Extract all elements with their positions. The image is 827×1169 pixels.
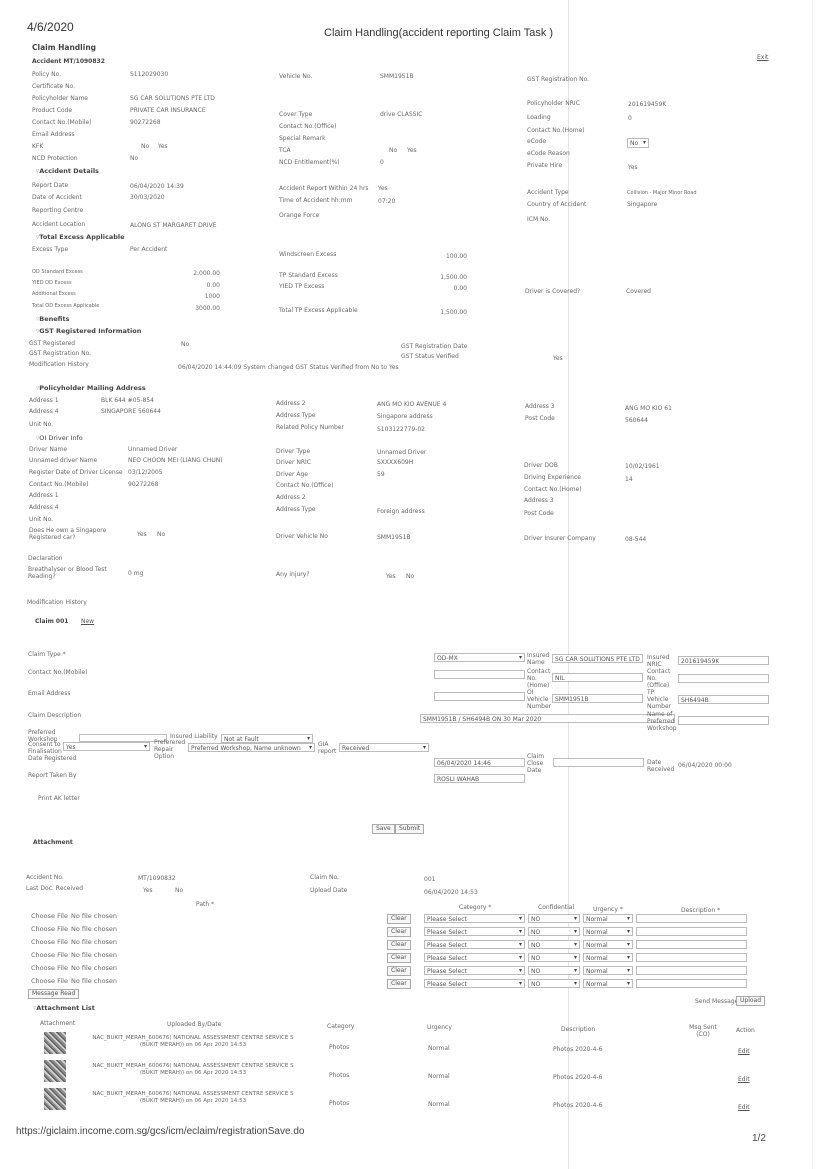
gst-reg-date-label: GST Registration Date xyxy=(401,343,467,350)
app-title: Claim Handling xyxy=(32,43,96,52)
date-registered-label: Date Registered xyxy=(28,755,76,762)
last-doc-yes-radio[interactable]: Yes xyxy=(143,887,153,894)
icm-label: ICM No. xyxy=(527,216,550,223)
driver-vehicle: SMM1951B xyxy=(377,534,411,541)
row-category: Photos xyxy=(329,1072,349,1079)
choose-file-button[interactable]: Choose File xyxy=(31,912,68,920)
consent-label: Consent to Finalisation xyxy=(28,741,68,755)
urgency-select[interactable]: Normal xyxy=(583,979,633,988)
row-category: Photos xyxy=(329,1044,349,1051)
accident-type-label: Accident Type xyxy=(527,189,569,196)
col-urgency: Urgency xyxy=(427,1024,452,1031)
tca-yes-radio[interactable]: Yes xyxy=(407,147,417,154)
excess-type-label: Excess Type xyxy=(32,246,68,253)
print-letter-link[interactable]: Print AK letter xyxy=(38,795,80,802)
cover-type: drive CLASSIC xyxy=(380,111,422,118)
ecode-label: eCode xyxy=(527,138,546,145)
unnamed-driver: NEO CHOON MEI (LIANG CHUN) xyxy=(128,457,223,464)
mail-address-type-label: Address Type xyxy=(276,412,316,419)
orange-force-label: Orange Force xyxy=(279,212,319,219)
ncd-entitlement: 0 xyxy=(380,159,384,166)
clear-button[interactable]: Clear xyxy=(387,914,411,924)
col-msg-sent: Msg Sent (CO) xyxy=(688,1024,718,1038)
contact-mobile: 90272268 xyxy=(130,119,161,126)
product-code-label: Product Code xyxy=(32,107,72,114)
description-input[interactable] xyxy=(636,979,747,988)
driver-address3-label: Address 3 xyxy=(524,497,554,504)
attachment-thumbnail[interactable] xyxy=(44,1060,66,1082)
consent-select[interactable]: Yes xyxy=(63,742,150,751)
choose-file-button[interactable]: Choose File xyxy=(31,925,68,933)
driver-unit-label: Unit No. xyxy=(29,516,53,523)
description-input[interactable] xyxy=(636,953,747,962)
gia-label: GIA report xyxy=(318,741,336,755)
urgency-select[interactable]: Normal xyxy=(583,927,633,936)
tca-no-radio[interactable]: No xyxy=(389,147,397,154)
row-description: Photos 2020-4-6 xyxy=(553,1074,602,1081)
clear-button[interactable]: Clear xyxy=(387,940,411,950)
message-read-button[interactable]: Message Read xyxy=(28,989,79,999)
own-car-yes-radio[interactable]: Yes xyxy=(137,531,147,538)
yied-tp-label: YIED TP Excess xyxy=(279,283,324,290)
windscreen-label: Windscreen Excess xyxy=(279,251,336,258)
special-remark-label: Special Remark xyxy=(279,135,326,142)
upload-button[interactable]: Upload xyxy=(736,996,765,1006)
reporting-centre-label: Reporting Centre xyxy=(32,207,83,214)
total-tp: 1,500.00 xyxy=(432,309,467,316)
accident-date-label: Date of Accident xyxy=(32,194,82,201)
confidential-select[interactable]: NO xyxy=(528,927,580,936)
driver-address1-label: Address 1 xyxy=(29,492,59,499)
liability-select[interactable]: Not at Fault xyxy=(221,734,313,743)
claim-type-label: Claim Type * xyxy=(28,651,66,658)
tab-claim-001[interactable]: Claim 001 xyxy=(35,618,68,625)
claim-contact-mobile-label: Contact No.(Mobile) xyxy=(28,669,88,676)
upload-date: 06/04/2020 14:53 xyxy=(424,889,478,896)
mail-post-code: 560644 xyxy=(625,417,648,424)
country-label: Country of Accident xyxy=(527,201,586,208)
mail-address-type: Singapore address xyxy=(377,413,433,420)
benefits-section[interactable]: Benefits xyxy=(36,315,69,323)
ncd-protection-label: NCD Protection xyxy=(32,155,78,162)
edit-link[interactable]: Edit xyxy=(738,1104,750,1111)
oi-vehicle-input[interactable]: SMM1951B xyxy=(552,694,643,703)
send-message-label: Send Message xyxy=(695,998,738,1005)
policy-no-label: Policy No. xyxy=(32,71,61,78)
gst-status-verified: Yes xyxy=(553,355,563,362)
windscreen: 100.00 xyxy=(432,253,467,260)
row-urgency: Normal xyxy=(428,1073,450,1080)
loading: 0 xyxy=(628,115,632,122)
own-car-no-radio[interactable]: No xyxy=(157,531,165,538)
confidential-select[interactable]: NO xyxy=(528,914,580,923)
yied-od-label: YIED OD Excess xyxy=(32,280,72,286)
ncd-protection: No xyxy=(130,155,138,162)
clear-button[interactable]: Clear xyxy=(387,979,411,989)
additional: 1000 xyxy=(190,293,220,300)
accident-no: MT/1090832 xyxy=(138,875,176,882)
choose-file-button[interactable]: Choose File xyxy=(31,964,68,972)
within24-label: Accident Report Within 24 hrs xyxy=(279,185,369,192)
experience: 14 xyxy=(625,476,633,483)
driver-dob: 10/02/1961 xyxy=(625,463,660,470)
attachment-thumbnail[interactable] xyxy=(44,1032,66,1054)
holder-nric: 201619459K xyxy=(628,101,666,108)
mail-post-code-label: Post Code xyxy=(525,415,555,422)
excess-section[interactable]: Total Excess Applicable xyxy=(36,233,125,241)
category-select[interactable]: Please Select xyxy=(424,953,525,962)
declaration-label: Declaration xyxy=(28,555,63,562)
driver-covered: Covered xyxy=(626,288,651,295)
urgency-select[interactable]: Normal xyxy=(583,966,633,975)
file-status: No file chosen xyxy=(71,951,117,959)
file-status: No file chosen xyxy=(71,964,117,972)
driver-address4-label: Address 4 xyxy=(29,504,59,511)
driver-name-label: Driver Name xyxy=(29,446,67,453)
file-status: No file chosen xyxy=(71,925,117,933)
file-status: No file chosen xyxy=(71,977,117,985)
driver-age: 59 xyxy=(377,471,385,478)
claim-no-label: Claim No. xyxy=(310,874,339,881)
contact-office-label: Contact No.(Office) xyxy=(279,123,336,130)
insured-nric-input[interactable]: 201619459K xyxy=(678,656,769,665)
private-hire-label: Private Hire xyxy=(527,162,562,169)
description-input[interactable] xyxy=(636,940,747,949)
last-doc-label: Last Doc. Received xyxy=(26,885,83,892)
mail-address3: ANG MO KIO 61 xyxy=(625,405,672,412)
vehicle-no-label: Vehicle No. xyxy=(279,73,312,80)
last-doc-no-radio[interactable]: No xyxy=(175,887,183,894)
email-label: Email Address xyxy=(32,131,74,138)
driver-address2-label: Address 2 xyxy=(276,494,306,501)
description-input[interactable] xyxy=(636,966,747,975)
category-select[interactable]: Please Select xyxy=(424,940,525,949)
driver-post-code-label: Post Code xyxy=(524,510,554,517)
claim-no: 001 xyxy=(424,876,435,883)
save-button[interactable]: Save xyxy=(372,824,395,834)
category-select[interactable]: Please Select xyxy=(424,914,525,923)
claim-contact-home-input[interactable]: NIL xyxy=(552,673,643,682)
insured-name-input[interactable]: SG CAR SOLUTIONS PTE LTD xyxy=(552,654,643,663)
submit-button[interactable]: Submit xyxy=(395,824,424,834)
kfk-no-radio[interactable]: No xyxy=(141,143,149,150)
mail-address4: SINGAPORE 560644 xyxy=(101,408,161,415)
injury-label: Any injury? xyxy=(276,571,310,578)
driver-mobile: 90272268 xyxy=(128,481,159,488)
holder-name: SG CAR SOLUTIONS PTE LTD xyxy=(130,95,215,102)
clear-button[interactable]: Clear xyxy=(387,966,411,976)
mail-address2-label: Address 2 xyxy=(276,400,306,407)
edit-link[interactable]: Edit xyxy=(738,1076,750,1083)
mail-address1-label: Address 1 xyxy=(29,397,59,404)
mailing-section[interactable]: Policyholder Mailing Address xyxy=(36,384,146,392)
confidential-header: Confidential xyxy=(538,904,574,911)
confidential-select[interactable]: NO xyxy=(528,940,580,949)
ecode-select[interactable]: No xyxy=(627,138,649,148)
driver-address-type-label: Address Type xyxy=(276,506,316,513)
path-header: Path * xyxy=(196,901,214,908)
description-header: Description * xyxy=(681,907,720,914)
col-uploaded: Uploaded By/Date xyxy=(167,1021,221,1028)
print-date: 4/6/2020 xyxy=(27,20,74,34)
contact-mobile-label: Contact No.(Mobile) xyxy=(32,119,92,126)
total-od-label: Total OD Excess Applicable xyxy=(32,303,99,309)
breath: 0 mg xyxy=(128,570,143,577)
edit-link[interactable]: Edit xyxy=(738,1048,750,1055)
driver-vehicle-label: Driver Vehicle No xyxy=(276,533,328,540)
page-url: https://giclaim.income.com.sg/gcs/icm/ec… xyxy=(16,1126,304,1137)
gst-registered: No xyxy=(181,341,189,348)
claim-email-label: Email Address xyxy=(28,690,70,697)
insurer: 08-544 xyxy=(625,536,646,543)
uploaded-by: NAC_BUKIT_MERAH_600676( NATIONAL ASSESSM… xyxy=(88,1035,298,1049)
attachment-title: Attachment xyxy=(33,839,73,846)
driver-nric: SXXXX609H xyxy=(377,459,413,466)
claim-type-select[interactable]: OD-MX xyxy=(434,653,525,662)
report-taken-label: Report Taken By xyxy=(28,772,76,779)
gst-reg-no-label: GST Registration No. xyxy=(527,76,589,83)
exit-link[interactable]: Exit xyxy=(757,54,768,61)
page-title: Claim Handling(accident reporting Claim … xyxy=(324,27,553,39)
holder-name-label: Policyholder Name xyxy=(32,95,88,102)
kfk-label: KFK xyxy=(32,143,43,150)
gst-history: 06/04/2020 14:44:09 System changed GST S… xyxy=(178,364,399,371)
od-standard-label: OD Standard Excess xyxy=(32,269,83,275)
attachment-list-section[interactable]: Attachment List xyxy=(33,1004,95,1012)
file-status: No file chosen xyxy=(71,912,117,920)
col-attachment: Attachment xyxy=(40,1020,75,1027)
gia-select[interactable]: Received xyxy=(339,743,429,752)
preferred-name-label: Name of Preferred Workshop xyxy=(647,711,677,732)
confidential-select[interactable]: NO xyxy=(528,966,580,975)
row-urgency: Normal xyxy=(428,1101,450,1108)
attachment-thumbnail[interactable] xyxy=(44,1088,66,1110)
claim-description-input[interactable]: SMM1951B / SH6494B ON 30 Mar 2020 xyxy=(420,714,675,723)
choose-file-button[interactable]: Choose File xyxy=(31,951,68,959)
driver-type-label: Driver Type xyxy=(276,448,310,455)
driver-home-label: Contact No.(Home) xyxy=(524,486,582,493)
col-category: Category xyxy=(327,1023,354,1030)
tp-vehicle-input[interactable]: SH6494B xyxy=(678,695,769,704)
total-tp-label: Total TP Excess Applicable xyxy=(279,307,358,314)
private-hire: Yes xyxy=(628,164,638,171)
accident-number: Accident MT/1090832 xyxy=(32,58,105,65)
description-input[interactable] xyxy=(636,927,747,936)
preferred-name-input[interactable] xyxy=(678,716,769,725)
report-date-label: Report Date xyxy=(32,182,68,189)
breath-label: Breathalyser or Blood Test Reading? xyxy=(28,566,108,580)
vehicle-no: SMM1951B xyxy=(380,73,414,80)
gst-status-verified-label: GST Status Verified xyxy=(401,353,459,360)
driver-section[interactable]: OI Driver Info xyxy=(36,434,83,442)
page-number: 1/2 xyxy=(752,1133,766,1144)
unnamed-driver-label: Unnamed driver Name xyxy=(29,457,97,464)
ncd-entitlement-label: NCD Entitlement(%) xyxy=(279,159,340,166)
gst-reg-no-label-2: GST Registration No. xyxy=(29,350,91,357)
upload-date-label: Upload Date xyxy=(310,887,347,894)
driver-mobile-label: Contact No.(Mobile) xyxy=(29,481,89,488)
tp-standard: 1,500.00 xyxy=(432,274,467,281)
gst-registered-label: GST Registered xyxy=(29,340,75,347)
ecode-reason-label: eCode Reason xyxy=(527,150,570,157)
report-date: 06/04/2020 14:39 xyxy=(130,183,184,190)
yied-tp: 0.00 xyxy=(432,285,467,292)
urgency-select[interactable]: Normal xyxy=(583,940,633,949)
gst-section[interactable]: GST Registered Information xyxy=(36,327,141,335)
contact-home-label: Contact No.(Home) xyxy=(527,127,585,134)
uploaded-by: NAC_BUKIT_MERAH_600676( NATIONAL ASSESSM… xyxy=(88,1063,298,1077)
choose-file-button[interactable]: Choose File xyxy=(31,977,68,985)
accident-date: 30/03/2020 xyxy=(130,194,165,201)
description-input[interactable] xyxy=(636,914,747,923)
category-select[interactable]: Please Select xyxy=(424,927,525,936)
close-date-input[interactable] xyxy=(553,758,644,767)
mail-address4-label: Address 4 xyxy=(29,408,59,415)
row-category: Photos xyxy=(329,1100,349,1107)
repair-label: Preferered Repair Option xyxy=(154,739,184,760)
tp-vehicle-label: TP Vehicle Number xyxy=(647,689,673,710)
driver-covered-label: Driver is Covered? xyxy=(525,288,580,295)
urgency-select[interactable]: Normal xyxy=(583,914,633,923)
declaration-history-label: Modification History xyxy=(27,599,87,606)
driver-nric-label: Driver NRIC xyxy=(276,459,311,466)
insured-nric-label: Insured NRIC xyxy=(647,654,673,668)
time: 07:20 xyxy=(378,198,395,205)
driver-name: Unnamed Driver xyxy=(128,446,177,453)
file-status: No file chosen xyxy=(71,938,117,946)
injury-yes-radio[interactable]: Yes xyxy=(386,573,396,580)
mail-address1: BLK 644 #05-854 xyxy=(101,397,154,404)
row-urgency: Normal xyxy=(428,1045,450,1052)
time-label: Time of Accident hh:mm xyxy=(279,197,352,204)
insurer-label: Driver Insurer Company xyxy=(524,535,596,542)
kfk-yes-radio[interactable]: Yes xyxy=(158,143,168,150)
certificate-label: Certificate No. xyxy=(32,83,75,90)
driver-age-label: Driver Age xyxy=(276,471,308,478)
row-description: Photos 2020-4-6 xyxy=(553,1102,602,1109)
confidential-select[interactable]: NO xyxy=(528,953,580,962)
injury-no-radio[interactable]: No xyxy=(406,573,414,580)
new-claim-link[interactable]: New xyxy=(81,618,94,625)
location-label: Accident Location xyxy=(32,221,85,228)
excess-type: Per Accident xyxy=(130,246,167,253)
mail-address2: ANG MO KIO AVENUE 4 xyxy=(377,401,446,408)
claim-contact-office-label: Contact No. (Office) xyxy=(647,668,673,689)
policy-no: S112029030 xyxy=(130,71,168,78)
driver-address-type: Foreign address xyxy=(377,508,425,515)
gst-history-label: Modification History xyxy=(29,361,89,368)
driver-dob-label: Driver DOB xyxy=(524,462,558,469)
od-standard: 2,000.00 xyxy=(190,270,220,277)
related-policy-label: Related Policy Number xyxy=(276,424,344,431)
own-car-label: Does He own a Singapore Registered car? xyxy=(29,527,109,541)
choose-file-button[interactable]: Choose File xyxy=(31,938,68,946)
col-action: Action xyxy=(736,1027,755,1034)
country: Singapore xyxy=(627,201,657,208)
within24: Yes xyxy=(378,185,388,192)
claim-email-input[interactable] xyxy=(434,692,525,701)
category-select[interactable]: Please Select xyxy=(424,979,525,988)
related-policy: S103122779-02 xyxy=(377,426,425,433)
cover-type-label: Cover Type xyxy=(279,111,312,118)
claim-contact-home-label: Contact No. (Home) xyxy=(527,668,551,689)
date-received-label: Date Received xyxy=(647,759,673,773)
clear-button[interactable]: Clear xyxy=(387,927,411,937)
tp-standard-label: TP Standard Excess xyxy=(279,272,338,279)
insured-name-label: Insured Name xyxy=(527,652,551,666)
experience-label: Driving Experience xyxy=(524,474,581,481)
urgency-header: Urgency * xyxy=(593,906,623,913)
col-description: Description xyxy=(561,1026,595,1033)
claim-contact-mobile-input[interactable] xyxy=(434,670,525,679)
accident-type: Collision - Major Minor Road xyxy=(627,190,697,196)
category-header: Category * xyxy=(459,904,491,911)
oi-vehicle-label: OI Vehicle Number xyxy=(527,689,551,710)
confidential-select[interactable]: NO xyxy=(528,979,580,988)
report-taken-input[interactable]: ROSLI WAHAB xyxy=(434,774,525,783)
uploaded-by: NAC_BUKIT_MERAH_600676( NATIONAL ASSESSM… xyxy=(88,1091,298,1105)
date-registered-input[interactable]: 06/04/2020 14:46 xyxy=(434,758,525,767)
tca-label: TCA xyxy=(279,147,291,154)
mail-unit-label: Unit No. xyxy=(29,421,53,428)
accident-no-label: Accident No. xyxy=(26,874,64,881)
claim-description-label: Claim Description xyxy=(28,712,81,719)
yied-od: 0.00 xyxy=(190,282,220,289)
additional-label: Additional Excess xyxy=(32,291,76,297)
date-received: 06/04/2020 00:00 xyxy=(678,762,732,769)
total-od: 3000.00 xyxy=(190,305,220,312)
row-description: Photos 2020-4-6 xyxy=(553,1046,602,1053)
product-code: PRIVATE CAR INSURANCE xyxy=(130,107,206,114)
claim-contact-office-input[interactable] xyxy=(678,674,769,683)
license: 03/12/2005 xyxy=(128,469,163,476)
loading-label: Loading xyxy=(527,114,551,121)
location: ALONG ST MARGARET DRIVE xyxy=(130,222,217,229)
urgency-select[interactable]: Normal xyxy=(583,953,633,962)
page-edge-line xyxy=(812,0,813,1169)
accident-details-section[interactable]: Accident Details xyxy=(36,167,99,175)
holder-nric-label: Policyholder NRIC xyxy=(527,100,580,107)
driver-type: Unnamed Driver xyxy=(377,449,426,456)
license-label: Register Date of Driver License xyxy=(29,469,123,476)
close-date-label: Claim Close Date xyxy=(527,753,551,774)
driver-office-label: Contact No.(Office) xyxy=(276,482,333,489)
clear-button[interactable]: Clear xyxy=(387,953,411,963)
mail-address3-label: Address 3 xyxy=(525,403,555,410)
category-select[interactable]: Please Select xyxy=(424,966,525,975)
page-fold-line xyxy=(568,0,569,1169)
repair-select[interactable]: Preferred Workshop, Name unknown xyxy=(188,743,315,752)
